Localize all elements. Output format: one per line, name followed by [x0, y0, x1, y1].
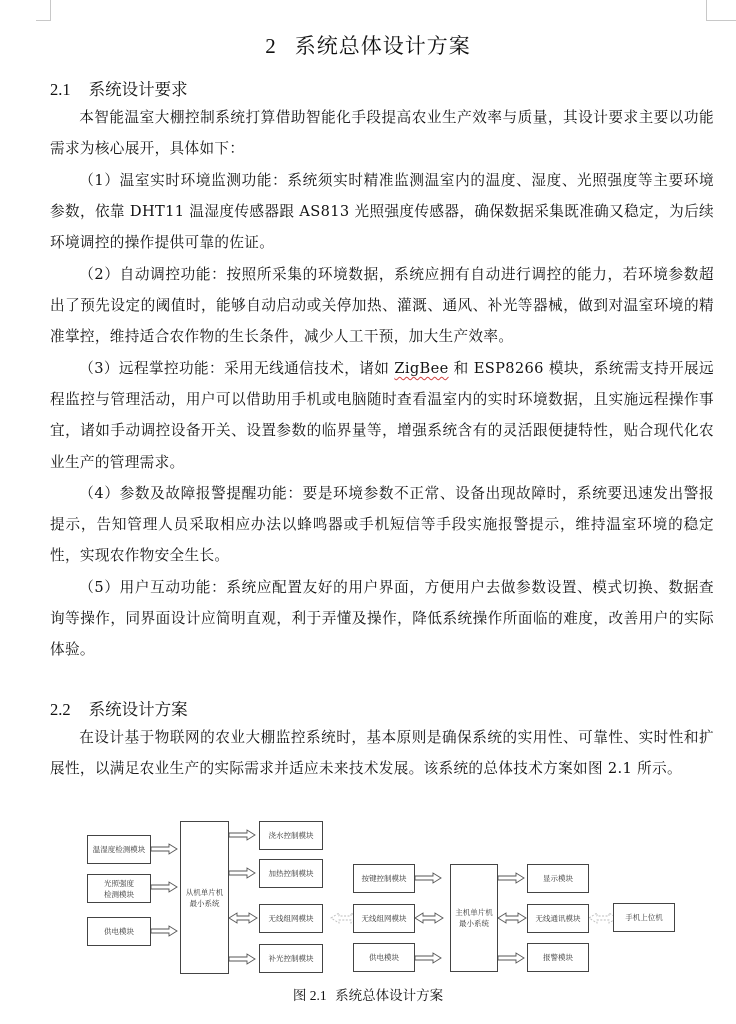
box-light-intensity-module: 光照强度检测模块	[87, 874, 151, 903]
box-alarm-module: 报警模块	[527, 943, 589, 972]
chapter-number: 2	[265, 34, 277, 58]
box-mobile-host: 手机上位机	[613, 903, 675, 932]
figure-title: 系统总体设计方案	[335, 988, 443, 1004]
box-watering-control-module: 浇水控制模块	[259, 821, 323, 850]
figure-number: 图 2.1	[293, 988, 327, 1003]
section-heading-2-1: 2.1系统设计要求	[50, 76, 188, 100]
paragraph-item-5: （5）用户互动功能：系统应配置友好的用户界面，方便用户去做参数设置、模式切换、数…	[50, 572, 714, 666]
box-master-wireless-network-module: 无线组网模块	[353, 904, 415, 933]
chapter-title: 系统总体设计方案	[295, 34, 471, 58]
paragraph-item-3: （3）远程掌控功能：采用无线通信技术，诸如 ZigBee 和 ESP8266 模…	[50, 353, 714, 478]
paragraph-intro: 本智能温室大棚控制系统打算借助智能化手段提高农业生产效率与质量，其设计要求主要以…	[50, 102, 714, 164]
section-number: 2.1	[50, 80, 71, 99]
paragraph-item-4: （4）参数及故障报警提醒功能：要是环境参数不正常、设备出现故障时，系统要迅速发出…	[50, 478, 714, 572]
box-display-module: 显示模块	[527, 864, 589, 893]
page-corner-mark-left	[36, 0, 51, 21]
box-slave-mcu: 从机单片机最小系统	[180, 821, 229, 974]
section-title: 系统设计要求	[89, 80, 188, 99]
section-title: 系统设计方案	[89, 700, 188, 719]
box-slave-power-module: 供电模块	[87, 917, 151, 946]
box-wireless-communication-module: 无线通讯模块	[527, 904, 589, 933]
paragraph-item-1: （1）温室实时环境监测功能：系统须实时精准监测温室内的温度、湿度、光照强度等主要…	[50, 165, 714, 259]
box-heating-control-module: 加热控制模块	[259, 859, 323, 888]
section-number: 2.2	[50, 700, 71, 719]
box-temp-humidity-module: 温湿度检测模块	[87, 835, 151, 864]
figure-caption: 图 2.1 系统总体设计方案	[0, 984, 736, 1004]
item-3-text-before: （3）远程掌控功能：采用无线通信技术，诸如	[79, 360, 394, 377]
box-supplemental-light-module: 补光控制模块	[259, 944, 323, 973]
box-master-mcu: 主机单片机最小系统	[450, 864, 498, 972]
box-master-power-module: 供电模块	[353, 943, 415, 972]
box-slave-wireless-network-module: 无线组网模块	[259, 904, 323, 933]
spellcheck-flagged-word[interactable]: ZigBee	[394, 360, 448, 377]
section-heading-2-2: 2.2系统设计方案	[50, 696, 188, 720]
paragraph-item-2: （2）自动调控功能：按照所采集的环境数据，系统应拥有自动进行调控的能力，若环境参…	[50, 259, 714, 353]
page-corner-mark-right	[706, 0, 736, 21]
paragraph-2-2: 在设计基于物联网的农业大棚监控系统时，基本原则是确保系统的实用性、可靠性、实时性…	[50, 722, 714, 784]
box-key-control-module: 按键控制模块	[353, 864, 415, 893]
chapter-heading: 2系统总体设计方案	[0, 30, 736, 60]
